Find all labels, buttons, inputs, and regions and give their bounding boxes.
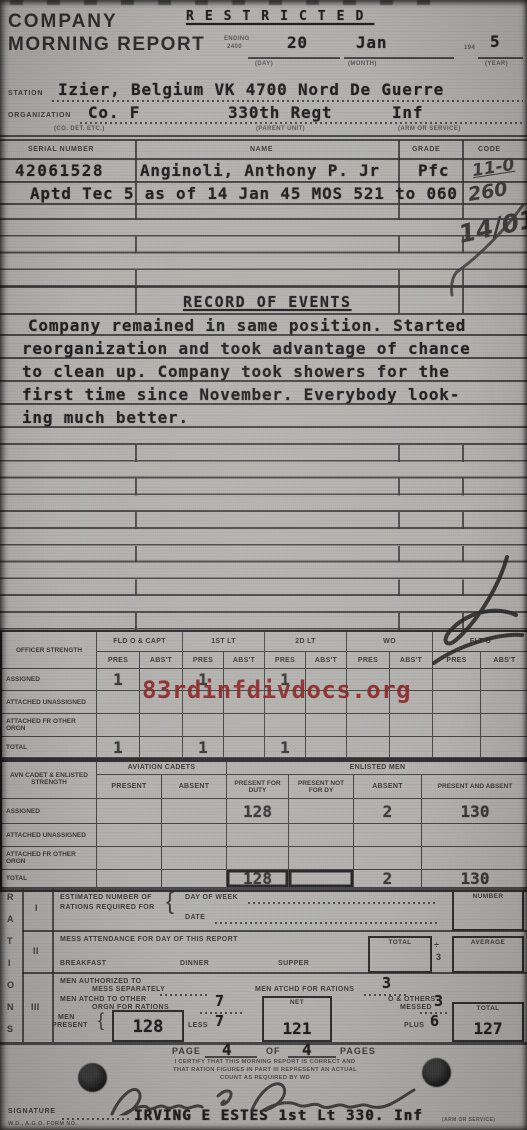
- officer-cell: [306, 714, 347, 737]
- officer-group-2d-lt: 2D LT: [265, 632, 347, 652]
- officer-cell: 1: [265, 737, 306, 758]
- plus-label: PLUS: [404, 1022, 424, 1029]
- roster-header-name: NAME: [250, 146, 273, 153]
- net-box: NET 121: [262, 996, 332, 1042]
- arm-service-caption-footer: (ARM OR SERVICE): [442, 1117, 495, 1123]
- officer-group-1st-lt: 1ST LT: [183, 632, 265, 652]
- report-year: 5: [490, 32, 500, 51]
- men-atchd-other-value: 7: [215, 992, 225, 1010]
- classification-stamp: RESTRICTED: [186, 9, 374, 24]
- form-title-line2: MORNING REPORT: [8, 34, 205, 56]
- officer-subheader: PRES: [183, 652, 224, 669]
- roster-header-serial: SERIAL NUMBER: [28, 146, 94, 153]
- roster-serial-number: 42061528: [15, 161, 104, 180]
- men-atchd-for-rations-value: 3: [382, 974, 392, 992]
- day-of-week-label: DAY OF WEEK: [185, 894, 238, 901]
- men-present-value: 128: [114, 1017, 182, 1037]
- page-value: 4: [222, 1040, 232, 1059]
- officer-cell: [390, 737, 433, 758]
- breakfast-label: BREAKFAST: [60, 960, 106, 967]
- month-caption: (MONTH): [348, 61, 377, 67]
- officer-subheader: ABS'T: [140, 652, 183, 669]
- enlisted-subheader: PRESENT FOR DUTY: [227, 775, 289, 799]
- events-line-2: reorganization and took advantage of cha…: [22, 339, 471, 358]
- rations-letter: I: [8, 958, 11, 968]
- officer-subheader: ABS'T: [306, 652, 347, 669]
- net-box-label: NET: [264, 999, 330, 1006]
- officer-cell: [433, 737, 481, 758]
- officer-subheader: PRES: [347, 652, 390, 669]
- officer-cell: [347, 714, 390, 737]
- officer-cell: [433, 714, 481, 737]
- part2-numeral: II: [33, 946, 39, 956]
- officer-subheader: PRES: [97, 652, 140, 669]
- enlisted-cell: 2: [354, 870, 422, 888]
- certify-line-1: I CERTIFY THAT THIS MORNING REPORT IS CO…: [105, 1058, 425, 1066]
- rations-total-value: 127: [454, 1019, 522, 1038]
- handwritten-flourish: [410, 545, 527, 670]
- o-and-others-label-1: O & OTHERS: [388, 996, 436, 1003]
- enlisted-cell: [354, 824, 422, 847]
- enlisted-cell: 130: [422, 799, 527, 824]
- officer-cell: [140, 714, 183, 737]
- rations-letter: T: [7, 936, 13, 946]
- archive-watermark: 83rdinfdivdocs.org: [142, 676, 411, 704]
- unit-caption: (CO. DET. ETC.): [54, 126, 105, 132]
- officer-group-fldo-capt: FLD O & CAPT: [97, 632, 183, 652]
- officer-cell: [140, 737, 183, 758]
- enlisted-row-label: TOTAL: [2, 870, 97, 888]
- officer-cell: [481, 737, 527, 758]
- rations-estimated-label-1: ESTIMATED NUMBER OF: [60, 894, 152, 901]
- rations-letter: A: [7, 914, 14, 924]
- officer-cell: [433, 691, 481, 714]
- date-label: DATE: [185, 914, 205, 921]
- enlisted-cell: [354, 847, 422, 870]
- enlisted-cell: [289, 870, 354, 888]
- part1-numeral: I: [35, 903, 38, 913]
- officer-cell: [481, 691, 527, 714]
- morning-report-document: COMPANY MORNING REPORT RESTRICTED ENDING…: [0, 0, 527, 1130]
- total-box-label: TOTAL: [370, 939, 430, 946]
- supper-label: SUPPER: [278, 960, 309, 967]
- officer-cell: [265, 714, 306, 737]
- enlisted-cell: [97, 824, 162, 847]
- enlisted-cell: [289, 847, 354, 870]
- men-label: MEN: [58, 1014, 75, 1021]
- enlisted-cell: [289, 824, 354, 847]
- mess-separately-label-1: MEN AUTHORIZED TO: [60, 978, 141, 985]
- officer-cell: [97, 691, 140, 714]
- total-box-part2: TOTAL: [368, 936, 432, 973]
- roster-remark: Aptd Tec 5 as of 14 Jan 45 MOS 521 to 06…: [30, 184, 458, 203]
- o-and-others-label-2: MESSED: [400, 1004, 432, 1011]
- enlisted-cell: 128: [227, 870, 289, 888]
- enlisted-subheader: PRESENT NOT FOR DY: [289, 775, 354, 799]
- men-atchd-other-label-1: MEN ATCHD TO OTHER: [60, 996, 146, 1003]
- mess-separately-label-2: MESS SEPARATELY: [92, 986, 165, 993]
- parent-unit-caption: (PARENT UNIT): [256, 126, 305, 132]
- signature-scribble: [100, 1068, 420, 1123]
- brace-glyph: {: [98, 1010, 104, 1031]
- officer-row-label: ATTACHED FR OTHER ORGN: [2, 714, 97, 737]
- page-label: PAGE: [172, 1046, 201, 1056]
- pages-value: 4: [302, 1040, 312, 1059]
- events-line-3: to clean up. Company took showers for th…: [22, 362, 450, 381]
- officer-cell: [97, 714, 140, 737]
- enlisted-cell: [162, 799, 227, 824]
- enlisted-subheader: PRESENT: [97, 775, 162, 799]
- enlisted-corner-label: AVN CADET & ENLISTED STRENGTH: [2, 760, 97, 799]
- roster-grade: Pfc: [418, 161, 449, 180]
- enlisted-subheader: PRESENT AND ABSENT: [422, 775, 527, 799]
- signature-label: SIGNATURE: [8, 1108, 56, 1115]
- enlisted-cell: [422, 824, 527, 847]
- rations-estimated-label-2: RATIONS REQUIRED FOR: [60, 904, 155, 911]
- number-box: NUMBER: [452, 890, 524, 931]
- form-number: W.D., A.G.O. FORM NO.: [8, 1121, 77, 1127]
- rations-letter: O: [7, 980, 14, 990]
- officer-row-label: ASSIGNED: [2, 669, 97, 691]
- events-line-1: Company remained in same position. Start…: [28, 316, 466, 335]
- enlisted-cell: [162, 824, 227, 847]
- plus-value: 6: [430, 1012, 440, 1030]
- enlisted-cell: [227, 847, 289, 870]
- less-value: 7: [215, 1012, 225, 1030]
- organization-unit: Co. F: [88, 103, 140, 122]
- enlisted-cell: [97, 870, 162, 888]
- station-label: STATION: [8, 90, 43, 97]
- officer-corner-label: OFFICER STRENGTH: [2, 632, 97, 669]
- punch-hole-right: [422, 1058, 451, 1087]
- officer-cell: 1: [97, 669, 140, 691]
- year-prefix: 194: [464, 45, 475, 51]
- brace-glyph: {: [166, 888, 174, 916]
- enlisted-row-label: ASSIGNED: [2, 799, 97, 824]
- roster-name: Anginoli, Anthony P. Jr: [140, 161, 380, 180]
- enlisted-row-label: ATTACHED FR OTHER ORGN: [2, 847, 97, 870]
- enlisted-row-label: ATTACHED UNASSIGNED: [2, 824, 97, 847]
- enlisted-subheader: ABSENT: [162, 775, 227, 799]
- events-line-5: ing much better.: [22, 408, 189, 427]
- arm-service-caption: (ARM OR SERVICE): [398, 126, 461, 132]
- officer-cell: [481, 669, 527, 691]
- officer-cell: [390, 714, 433, 737]
- enlisted-cell: [227, 824, 289, 847]
- ending-value: 2400: [227, 44, 242, 50]
- men-present-box: 128: [112, 1010, 184, 1042]
- cropped-print-fragment: [10, 0, 440, 5]
- enlisted-cell: 128: [227, 799, 289, 824]
- dinner-label: DINNER: [180, 960, 209, 967]
- officer-row-label: TOTAL: [2, 737, 97, 758]
- officer-subheader: PRES: [265, 652, 306, 669]
- station-value: Izier, Belgium VK 4700 Nord De Guerre: [58, 80, 444, 99]
- net-value: 121: [264, 1019, 330, 1038]
- roster-header-grade: GRADE: [412, 146, 440, 153]
- number-box-label: NUMBER: [454, 893, 522, 900]
- report-month: Jan: [356, 33, 387, 52]
- form-title-line1: COMPANY: [8, 11, 118, 33]
- divide-by-value: 3: [436, 952, 441, 962]
- total-box-part3: TOTAL 127: [452, 1002, 524, 1042]
- officer-cell: [433, 669, 481, 691]
- total-box-part3-label: TOTAL: [454, 1005, 522, 1012]
- o-and-others-value: 3: [434, 992, 444, 1010]
- officer-cell: 1: [97, 737, 140, 758]
- enlisted-group-aviation-cadets: AVIATION CADETS: [97, 760, 227, 775]
- average-box: AVERAGE: [452, 936, 524, 973]
- men-atchd-for-rations-label: MEN ATCHD FOR RATIONS: [255, 986, 354, 993]
- less-label: LESS: [188, 1022, 208, 1029]
- officer-subheader: ABS'T: [224, 652, 265, 669]
- enlisted-cell: [422, 847, 527, 870]
- punch-hole-left: [78, 1063, 107, 1092]
- enlisted-group-enlisted-men: ENLISTED MEN: [227, 760, 527, 775]
- organization-label: ORGANIZATION: [8, 112, 71, 119]
- average-box-label: AVERAGE: [454, 939, 522, 946]
- rations-letter: R: [7, 892, 14, 902]
- part3-numeral: III: [31, 1002, 40, 1012]
- divide-sign: ÷: [434, 940, 439, 950]
- enlisted-subheader: ABSENT: [354, 775, 422, 799]
- officer-cell: [481, 714, 527, 737]
- organization-parent-unit: 330th Regt: [228, 103, 332, 122]
- enlisted-cell: 130: [422, 870, 527, 888]
- officer-cell: [306, 737, 347, 758]
- enlisted-cell: [289, 799, 354, 824]
- officer-cell: [183, 714, 224, 737]
- organization-arm: Inf: [392, 103, 423, 122]
- officer-cell: 1: [183, 737, 224, 758]
- roster-header-code: CODE: [478, 146, 501, 153]
- enlisted-strength-table: AVN CADET & ENLISTED STRENGTH AVIATION C…: [0, 758, 527, 892]
- record-of-events-title: RECORD OF EVENTS: [183, 293, 352, 311]
- events-line-4: first time since November. Everybody loo…: [22, 385, 460, 404]
- report-day: 20: [287, 33, 308, 52]
- ending-label: ENDING: [224, 36, 250, 42]
- mess-attendance-title: MESS ATTENDANCE FOR DAY OF THIS REPORT: [60, 936, 238, 943]
- officer-cell: [224, 737, 265, 758]
- enlisted-cell: 2: [354, 799, 422, 824]
- officer-cell: [224, 714, 265, 737]
- rations-letter: S: [7, 1024, 13, 1034]
- present-label: PRESENT: [52, 1022, 88, 1029]
- enlisted-cell: [97, 799, 162, 824]
- enlisted-cell: [97, 847, 162, 870]
- officer-cell: [347, 737, 390, 758]
- enlisted-cell: [162, 870, 227, 888]
- day-caption: (DAY): [255, 61, 273, 67]
- pages-label: PAGES: [340, 1046, 376, 1056]
- rations-letter: N: [7, 1002, 14, 1012]
- year-caption: (YEAR): [485, 61, 508, 67]
- enlisted-cell: [162, 847, 227, 870]
- officer-row-label: ATTACHED UNASSIGNED: [2, 691, 97, 714]
- of-label: OF: [266, 1046, 281, 1056]
- handwritten-slash-annotation: [430, 195, 527, 300]
